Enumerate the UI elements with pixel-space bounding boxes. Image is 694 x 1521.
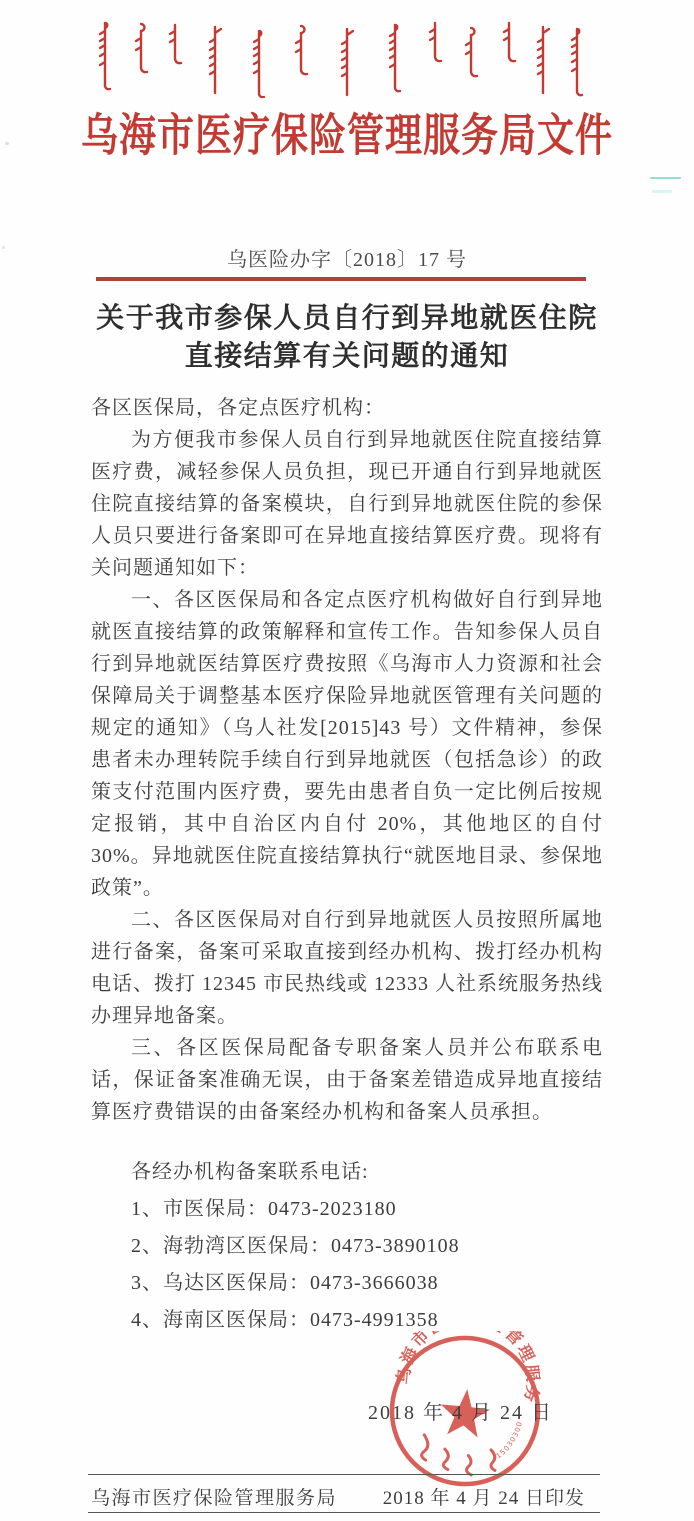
seal-mongolian-icon bbox=[420, 1435, 498, 1478]
footer-rule-top bbox=[88, 1474, 600, 1475]
document-page: 乌海市医疗保险管理服务局文件 乌医险办字〔2018〕17 号 关于我市参保人员自… bbox=[0, 0, 694, 1521]
document-body: 各区医保局，各定点医疗机构： 为方便我市参保人员自行到异地就医住院直接结算医疗费… bbox=[91, 392, 603, 1339]
footer-rule-bottom bbox=[88, 1512, 600, 1513]
doc-number: 乌医险办字〔2018〕17 号 bbox=[0, 243, 694, 272]
doc-title-line2: 直接结算有关问题的通知 bbox=[0, 338, 694, 376]
doc-title: 关于我市参保人员自行到异地就医住院 直接结算有关问题的通知 bbox=[0, 300, 694, 376]
scan-artifact-cyan-smudge bbox=[652, 190, 672, 193]
contact-item-haibowan: 2、海勃湾区医保局：0473-3890108 bbox=[91, 1228, 603, 1265]
org-title: 乌海市医疗保险管理服务局文件 bbox=[0, 98, 694, 164]
scan-artifact-speck bbox=[5, 142, 9, 145]
paragraph-item-3: 三、各区医保局配备专职备案人员并公布联系电话，保证备案准确无误，由于备案差错造成… bbox=[91, 1032, 603, 1128]
scan-artifact-cyan-line bbox=[650, 177, 681, 179]
doc-title-line1: 关于我市参保人员自行到异地就医住院 bbox=[0, 300, 694, 338]
mongolian-script-band bbox=[95, 18, 591, 98]
paragraph-intro: 为方便我市参保人员自行到异地就医住院直接结算医疗费，减轻参保人员负担，现已开通自… bbox=[91, 424, 603, 584]
signature-date: 2018 年 4 月 24 日 bbox=[368, 1396, 553, 1425]
red-divider-rule bbox=[96, 277, 586, 281]
contacts-section: 各经办机构备案联系电话: 1、市医保局：0473-2023180 2、海勃湾区医… bbox=[91, 1154, 603, 1339]
paragraph-item-1: 一、各区医保局和各定点医疗机构做好自行到异地就医直接结算的政策解释和宣传工作。告… bbox=[91, 584, 603, 904]
footer-issuer: 乌海市医疗保险管理服务局 bbox=[91, 1483, 337, 1510]
mongolian-script-icon bbox=[95, 18, 591, 98]
salutation: 各区医保局，各定点医疗机构： bbox=[91, 392, 603, 424]
contact-item-city: 1、市医保局：0473-2023180 bbox=[91, 1191, 603, 1228]
footer-print-date: 2018 年 4 月 24 日印发 bbox=[383, 1483, 585, 1510]
contact-item-wuda: 3、乌达区医保局：0473-3666038 bbox=[91, 1265, 603, 1302]
paragraph-item-2: 二、各区医保局对自行到异地就医人员按照所属地进行备案，备案可采取直接到经办机构、… bbox=[91, 904, 603, 1032]
contacts-heading: 各经办机构备案联系电话: bbox=[91, 1154, 603, 1191]
